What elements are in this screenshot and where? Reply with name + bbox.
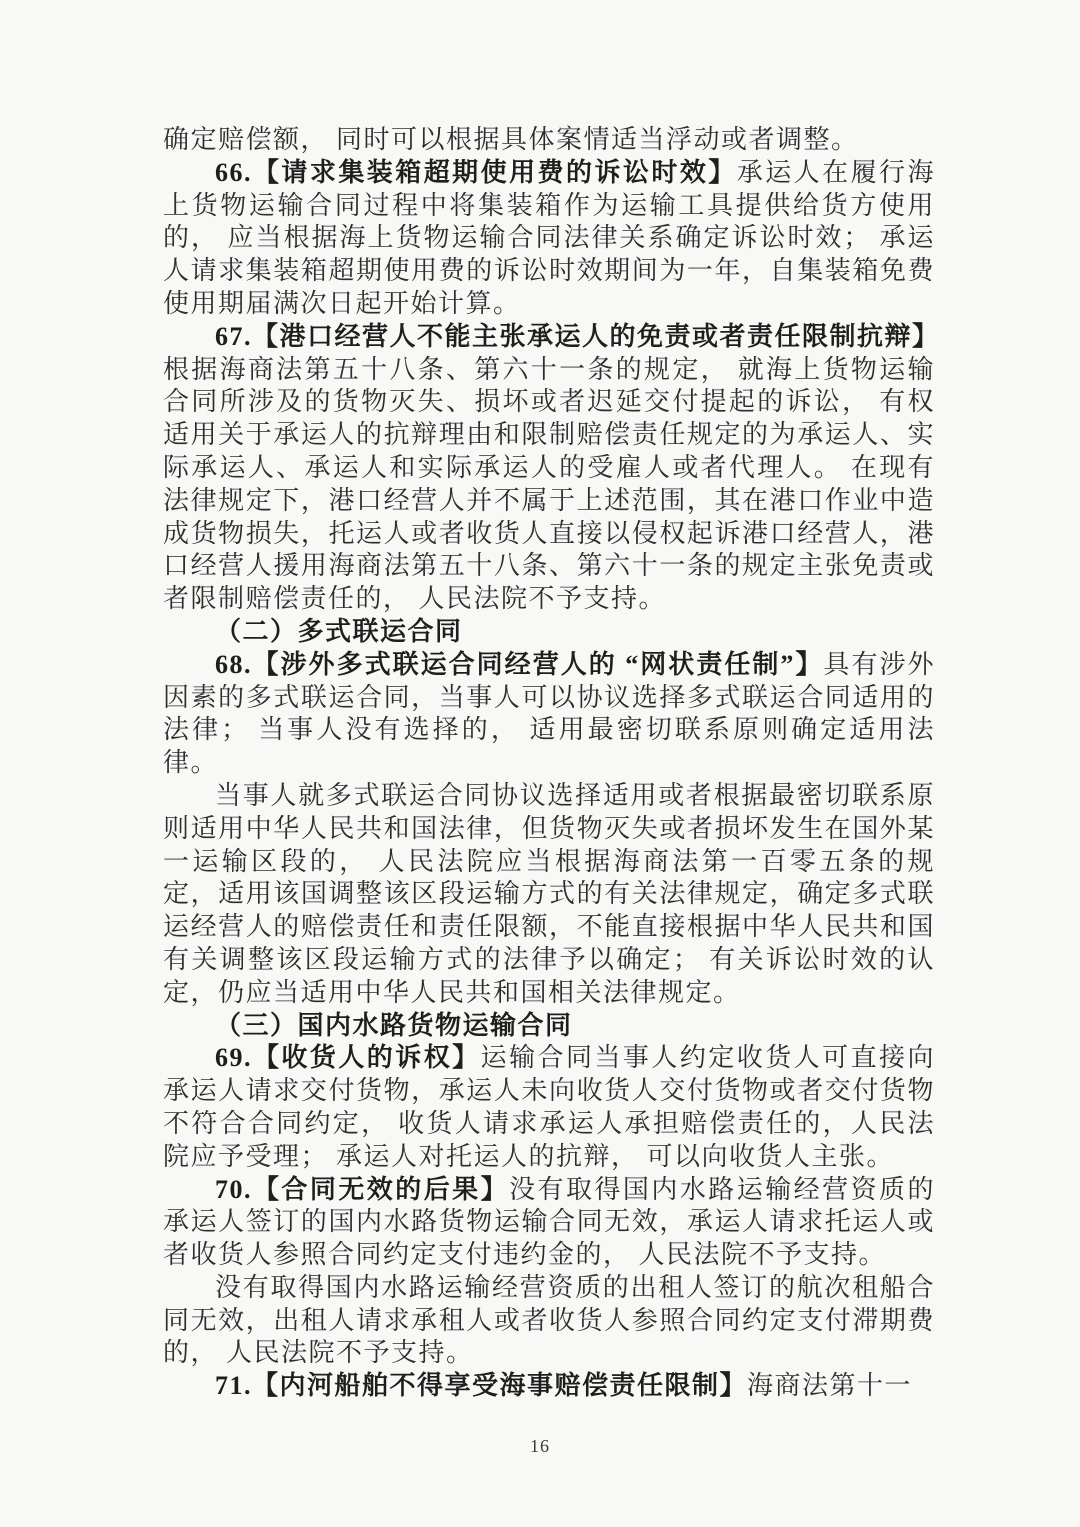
paragraph: 68.【涉外多式联运合同经营人的 “网状责任制”】具有涉外因素的多式联运合同，当… <box>163 649 935 780</box>
page-footer: 16 <box>0 1436 1080 1457</box>
paragraph: 71.【内河船舶不得享受海事赔偿责任限制】海商法第十一 <box>163 1370 935 1403</box>
heading-text: 68.【涉外多式联运合同经营人的 “网状责任制”】 <box>215 650 823 679</box>
heading-text: （三）国内水路货物运输合同 <box>215 1011 573 1040</box>
paragraph: 确定赔偿额， 同时可以根据具体案情适当浮动或者调整。 <box>163 124 935 157</box>
heading-text: 71.【内河船舶不得享受海事赔偿责任限制】 <box>215 1371 747 1400</box>
paragraph: 66.【请求集装箱超期使用费的诉讼时效】承运人在履行海上货物运输合同过程中将集装… <box>163 157 935 321</box>
body-text: 当事人就多式联运合同协议选择适用或者根据最密切联系原则适用中华人民共和国法律，但… <box>163 781 935 1007</box>
document-body: 确定赔偿额， 同时可以根据具体案情适当浮动或者调整。66.【请求集装箱超期使用费… <box>163 124 935 1403</box>
body-text: 没有取得国内水路运输经营资质的出租人签订的航次租船合同无效，出租人请求承租人或者… <box>163 1273 935 1368</box>
paragraph: 当事人就多式联运合同协议选择适用或者根据最密切联系原则适用中华人民共和国法律，但… <box>163 780 935 1010</box>
body-text: 根据海商法第五十八条、第六十一条的规定， 就海上货物运输合同所涉及的货物灭失、损… <box>163 355 935 614</box>
heading-text: （二）多式联运合同 <box>215 617 463 646</box>
paragraph: （二）多式联运合同 <box>163 616 935 649</box>
document-page: 确定赔偿额， 同时可以根据具体案情适当浮动或者调整。66.【请求集装箱超期使用费… <box>0 0 1080 1527</box>
heading-text: 70.【合同无效的后果】 <box>215 1175 509 1204</box>
paragraph: 69.【收货人的诉权】运输合同当事人约定收货人可直接向承运人请求交付货物，承运人… <box>163 1042 935 1173</box>
heading-text: 67.【港口经营人不能主张承运人的免责或者责任限制抗辩】 <box>215 322 940 351</box>
paragraph: 70.【合同无效的后果】没有取得国内水路运输经营资质的承运人签订的国内水路货物运… <box>163 1174 935 1272</box>
paragraph: 67.【港口经营人不能主张承运人的免责或者责任限制抗辩】根据海商法第五十八条、第… <box>163 321 935 616</box>
body-text: 确定赔偿额， 同时可以根据具体案情适当浮动或者调整。 <box>163 125 859 154</box>
paragraph: （三）国内水路货物运输合同 <box>163 1010 935 1043</box>
page-number: 16 <box>530 1436 550 1456</box>
heading-text: 66.【请求集装箱超期使用费的诉讼时效】 <box>215 158 737 187</box>
body-text: 海商法第十一 <box>747 1371 912 1400</box>
heading-text: 69.【收货人的诉权】 <box>215 1043 481 1072</box>
paragraph: 没有取得国内水路运输经营资质的出租人签订的航次租船合同无效，出租人请求承租人或者… <box>163 1272 935 1370</box>
